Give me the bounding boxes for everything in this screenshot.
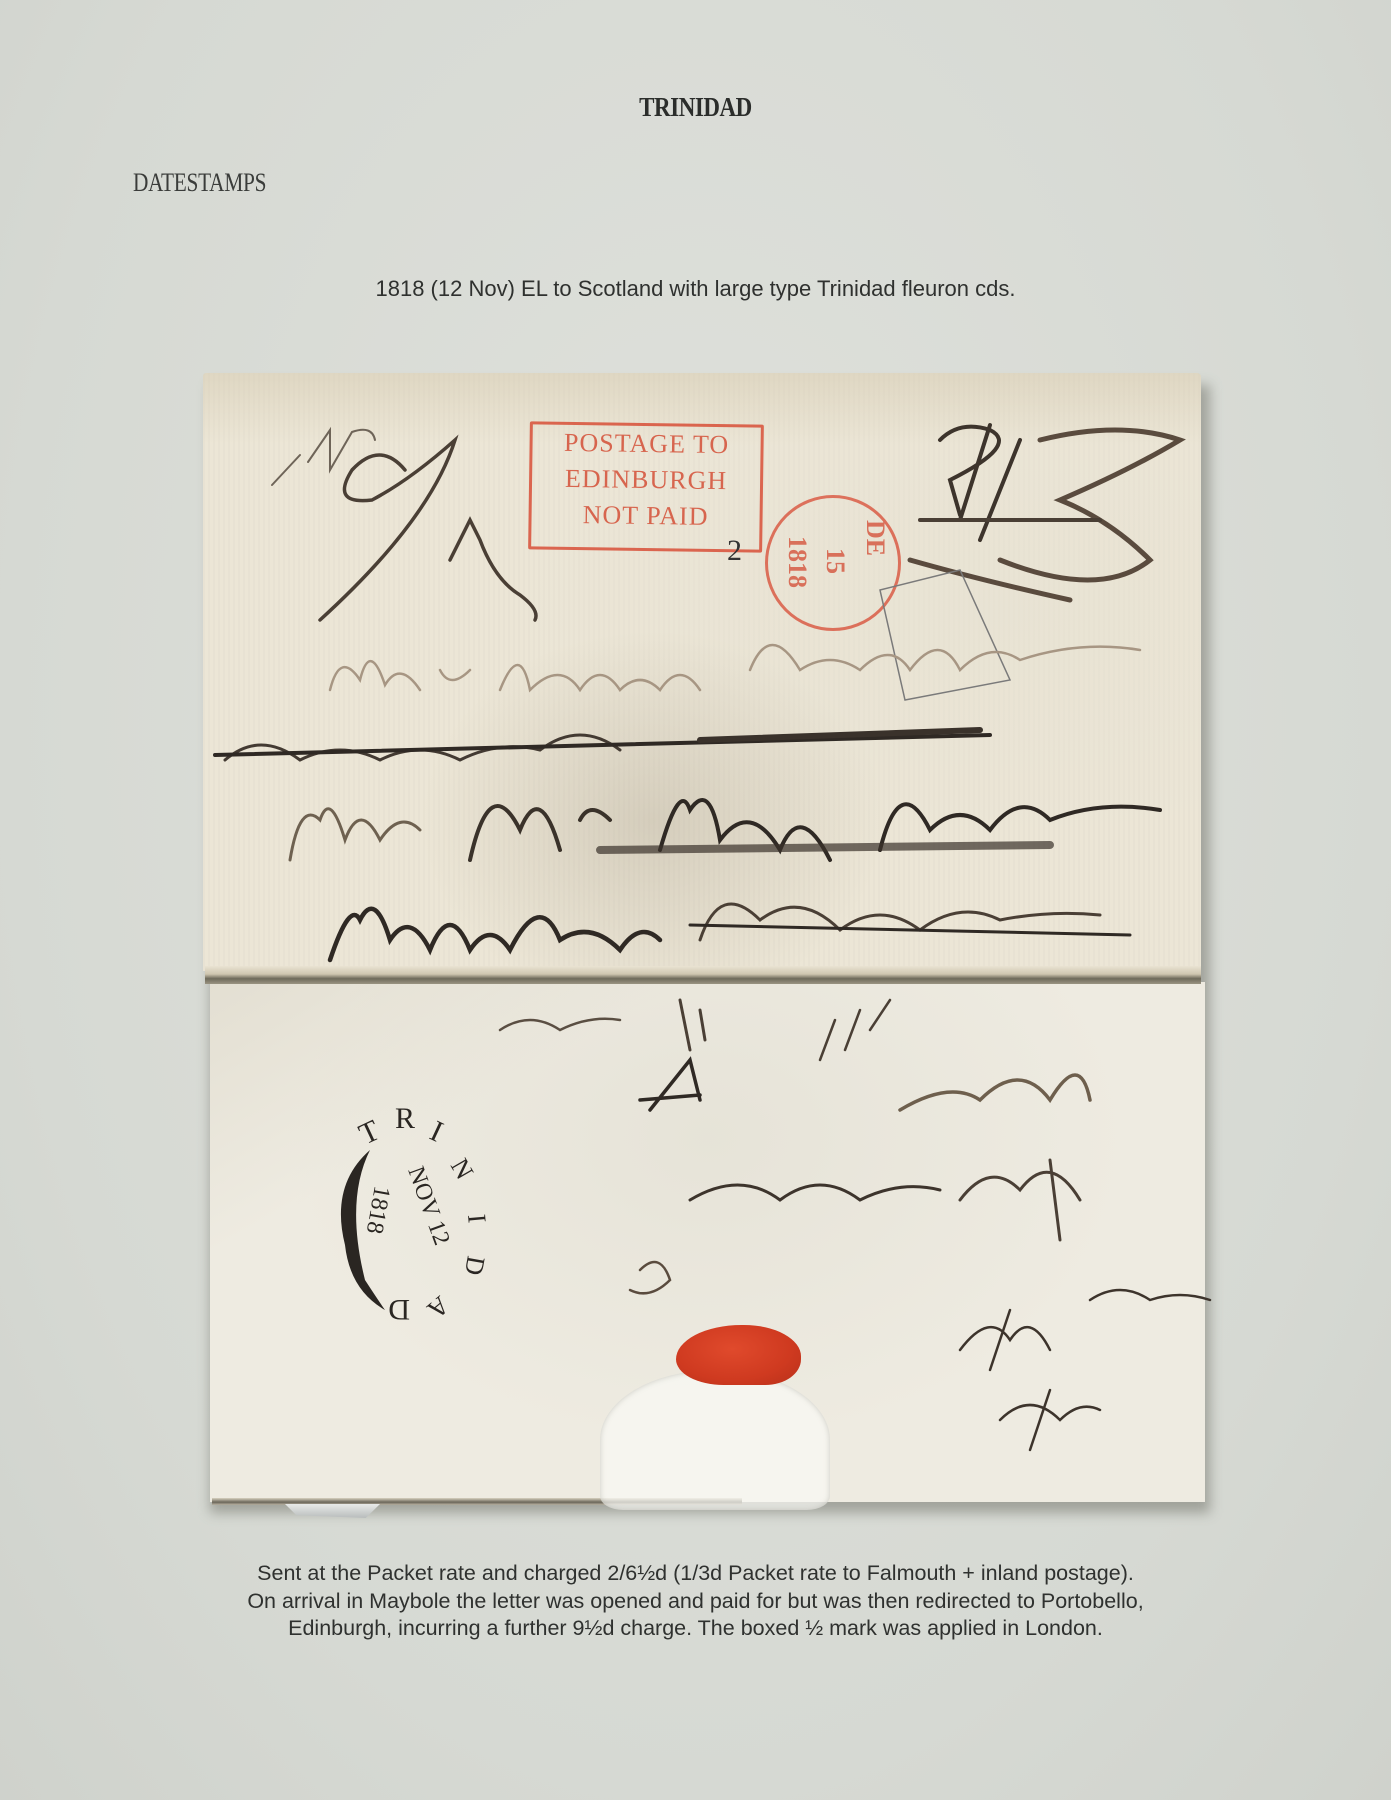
handstamp-line: NOT PAID — [531, 496, 759, 535]
cds-day: 15 — [820, 548, 850, 574]
cover-description: Sent at the Packet rate and charged 2/6½… — [0, 1560, 1391, 1643]
mount-hinge — [285, 1504, 380, 1518]
red-wax-seal — [676, 1325, 801, 1385]
handstamp-line: POSTAGE TO — [532, 424, 760, 463]
handstamp-line: EDINBURGH — [532, 460, 760, 499]
caption-line: Sent at the Packet rate and charged 2/6½… — [0, 1560, 1391, 1588]
caption-line: On arrival in Maybole the letter was ope… — [0, 1588, 1391, 1616]
caption-line: Edinburgh, incurring a further 9½d charg… — [0, 1615, 1391, 1643]
cds-month: DE — [860, 520, 890, 556]
postage-to-edinburgh-handstamp: POSTAGE TO EDINBURGH NOT PAID — [528, 421, 764, 552]
entire-letter-cover: POSTAGE TO EDINBURGH NOT PAID DE 15 1818… — [0, 0, 1391, 1800]
seal-tear-area — [600, 1370, 830, 1510]
cds-year: 1818 — [782, 536, 812, 588]
fold-crease — [205, 966, 1201, 984]
red-arrival-datestamp: DE 15 1818 — [765, 495, 901, 631]
